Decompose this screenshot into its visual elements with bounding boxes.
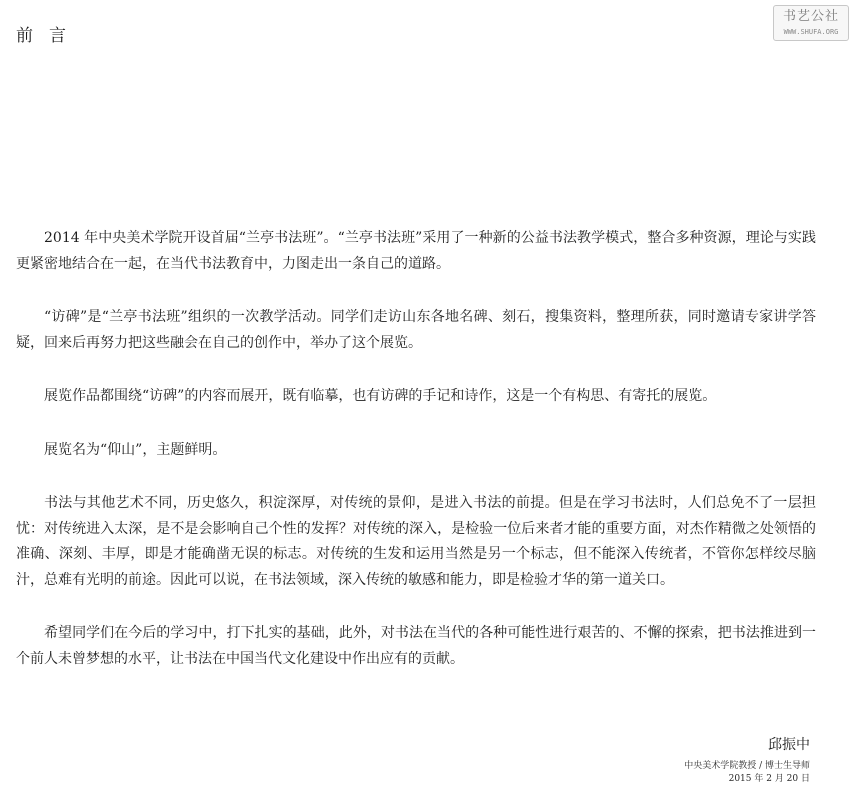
paragraph: 展览作品都围绕“访碑”的内容而展开，既有临摹，也有访碑的手记和诗作，这是一个有构… bbox=[16, 384, 816, 410]
author-role: 中央美术学院教授 / 博士生导师 bbox=[684, 760, 810, 773]
preface-body: 2014 年中央美术学院开设首届“兰亭书法班”。“兰亭书法班”采用了一种新的公益… bbox=[16, 226, 816, 700]
paragraph: “访碑”是“兰亭书法班”组织的一次教学活动。同学们走访山东各地名碑、刻石，搜集资… bbox=[16, 305, 816, 356]
watermark-logo-text: 书艺公社 bbox=[774, 9, 848, 25]
paragraph: 展览名为“仰山”，主题鲜明。 bbox=[16, 438, 816, 464]
watermark-url: WWW.SHUFA.ORG bbox=[774, 27, 848, 37]
paragraph: 希望同学们在今后的学习中，打下扎实的基础，此外，对书法在当代的各种可能性进行艰苦… bbox=[16, 621, 816, 672]
paragraph: 2014 年中央美术学院开设首届“兰亭书法班”。“兰亭书法班”采用了一种新的公益… bbox=[16, 226, 816, 277]
signature-date: 2015 年 2 月 20 日 bbox=[684, 773, 810, 786]
page-title: 前言 bbox=[16, 21, 82, 46]
author-name: 邱振中 bbox=[684, 736, 810, 754]
watermark-logo: 书艺公社 WWW.SHUFA.ORG bbox=[773, 5, 849, 41]
paragraph: 书法与其他艺术不同，历史悠久，积淀深厚，对传统的景仰，是进入书法的前提。但是在学… bbox=[16, 491, 816, 593]
signature-block: 邱振中 中央美术学院教授 / 博士生导师 2015 年 2 月 20 日 bbox=[684, 736, 810, 786]
